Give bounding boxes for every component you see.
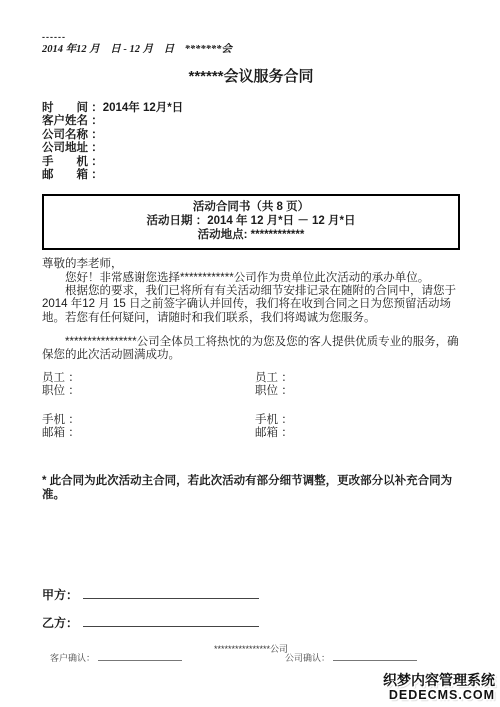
party-a-signature-line (83, 586, 259, 599)
watermark-line-cn: 织梦内容管理系统 (383, 673, 495, 688)
position-label-left: 职位 ： (42, 385, 255, 399)
staff-contact-section: 员工 ： 员工 ： 职位 ： 职位 ： 手机 ： 手机 ： 邮箱 ： 邮箱 ： (42, 372, 460, 441)
box-title: 活动合同书（共 8 页） (50, 200, 452, 214)
info-value: 2014年 12月*日 (103, 102, 184, 114)
letter-paragraph-1: 您好！非常感谢您选择************公司作为贵单位此次活动的承办单位。 (42, 272, 460, 285)
info-label: 公司名称 ： (42, 129, 103, 141)
party-a-label: 甲方： (42, 588, 78, 602)
party-b-label: 乙方： (42, 616, 78, 630)
contract-document: ------ 2014 年12 月 日 - 12 月 日 *******会 **… (0, 0, 500, 655)
mobile-label-right: 手机 ： (255, 414, 460, 428)
letter-paragraph-3: ****************公司全体员工将热忱的为您及您的客人提供优质专业的… (42, 336, 460, 363)
info-row-time: 时 间 ：2014年 12月*日 (42, 102, 460, 115)
client-confirm-label: 客户确认： (50, 653, 95, 663)
info-label: 手 机 ： (42, 156, 103, 168)
staff-spacer (42, 399, 460, 414)
letter-body: 尊敬的李老师， 您好！非常感谢您选择************公司作为贵单位此次活… (42, 258, 460, 362)
document-title: ******会议服务合同 (42, 68, 460, 86)
info-row-company-name: 公司名称 ： (42, 129, 460, 142)
client-info-block: 时 间 ：2014年 12月*日 客户姓名 ： 公司名称 ： 公司地址 ： 手 … (42, 102, 460, 182)
dedecms-watermark: 织梦内容管理系统 DEDECMS.COM (383, 673, 495, 703)
activity-contract-box: 活动合同书（共 8 页） 活动日期 ：2014 年 12 月*日 － 12 月*… (42, 194, 460, 250)
staff-row-email: 邮箱 ： 邮箱 ： (42, 427, 460, 441)
staff-row-employee: 员工 ： 员工 ： (42, 372, 460, 386)
company-confirm-label: 公司确认： (285, 653, 330, 663)
company-confirm: 公司确认： (285, 651, 417, 664)
box-activity-date: 活动日期 ：2014 年 12 月*日 － 12 月*日 (50, 214, 452, 228)
staff-row-mobile: 手机 ： 手机 ： (42, 414, 460, 428)
company-confirm-line (333, 652, 417, 661)
letter-paragraph-2: 根据您的要求，我们已将所有有关活动细节安排记录在随附的合同中，请您于 2014 … (42, 285, 460, 325)
party-b-row: 乙方： (42, 614, 460, 630)
info-row-client-name: 客户姓名 ： (42, 115, 460, 128)
info-label: 邮 箱 ： (42, 169, 103, 181)
info-row-mobile: 手 机 ： (42, 156, 460, 169)
info-label: 公司地址 ： (42, 142, 103, 154)
email-label-left: 邮箱 ： (42, 427, 255, 441)
box-activity-location: 活动地点: ************ (50, 228, 452, 242)
mobile-label-left: 手机 ： (42, 414, 255, 428)
signature-section: 甲方： 乙方： (42, 586, 460, 630)
letter-salutation: 尊敬的李老师， (42, 258, 460, 271)
header-dashes: ------ (42, 32, 460, 42)
info-row-company-address: 公司地址 ： (42, 142, 460, 155)
client-confirm-line (98, 652, 182, 661)
watermark-line-en: DEDECMS.COM (383, 688, 495, 703)
position-label-right: 职位 ： (255, 385, 460, 399)
supplement-note: * 此合同为此次活动主合同，若此次活动有部分细节调整，更改部分以补充合同为准。 (42, 474, 460, 502)
header-date-line: 2014 年12 月 日 - 12 月 日 *******会 (42, 43, 460, 56)
employee-label-left: 员工 ： (42, 372, 255, 386)
party-b-signature-line (83, 614, 259, 627)
party-a-row: 甲方： (42, 586, 460, 602)
info-label: 时 间 ： (42, 102, 103, 114)
info-label: 客户姓名 ： (42, 115, 103, 127)
employee-label-right: 员工 ： (255, 372, 460, 386)
staff-row-position: 职位 ： 职位 ： (42, 385, 460, 399)
client-confirm: 客户确认： (50, 651, 182, 664)
info-row-email: 邮 箱 ： (42, 169, 460, 182)
email-label-right: 邮箱 ： (255, 427, 460, 441)
